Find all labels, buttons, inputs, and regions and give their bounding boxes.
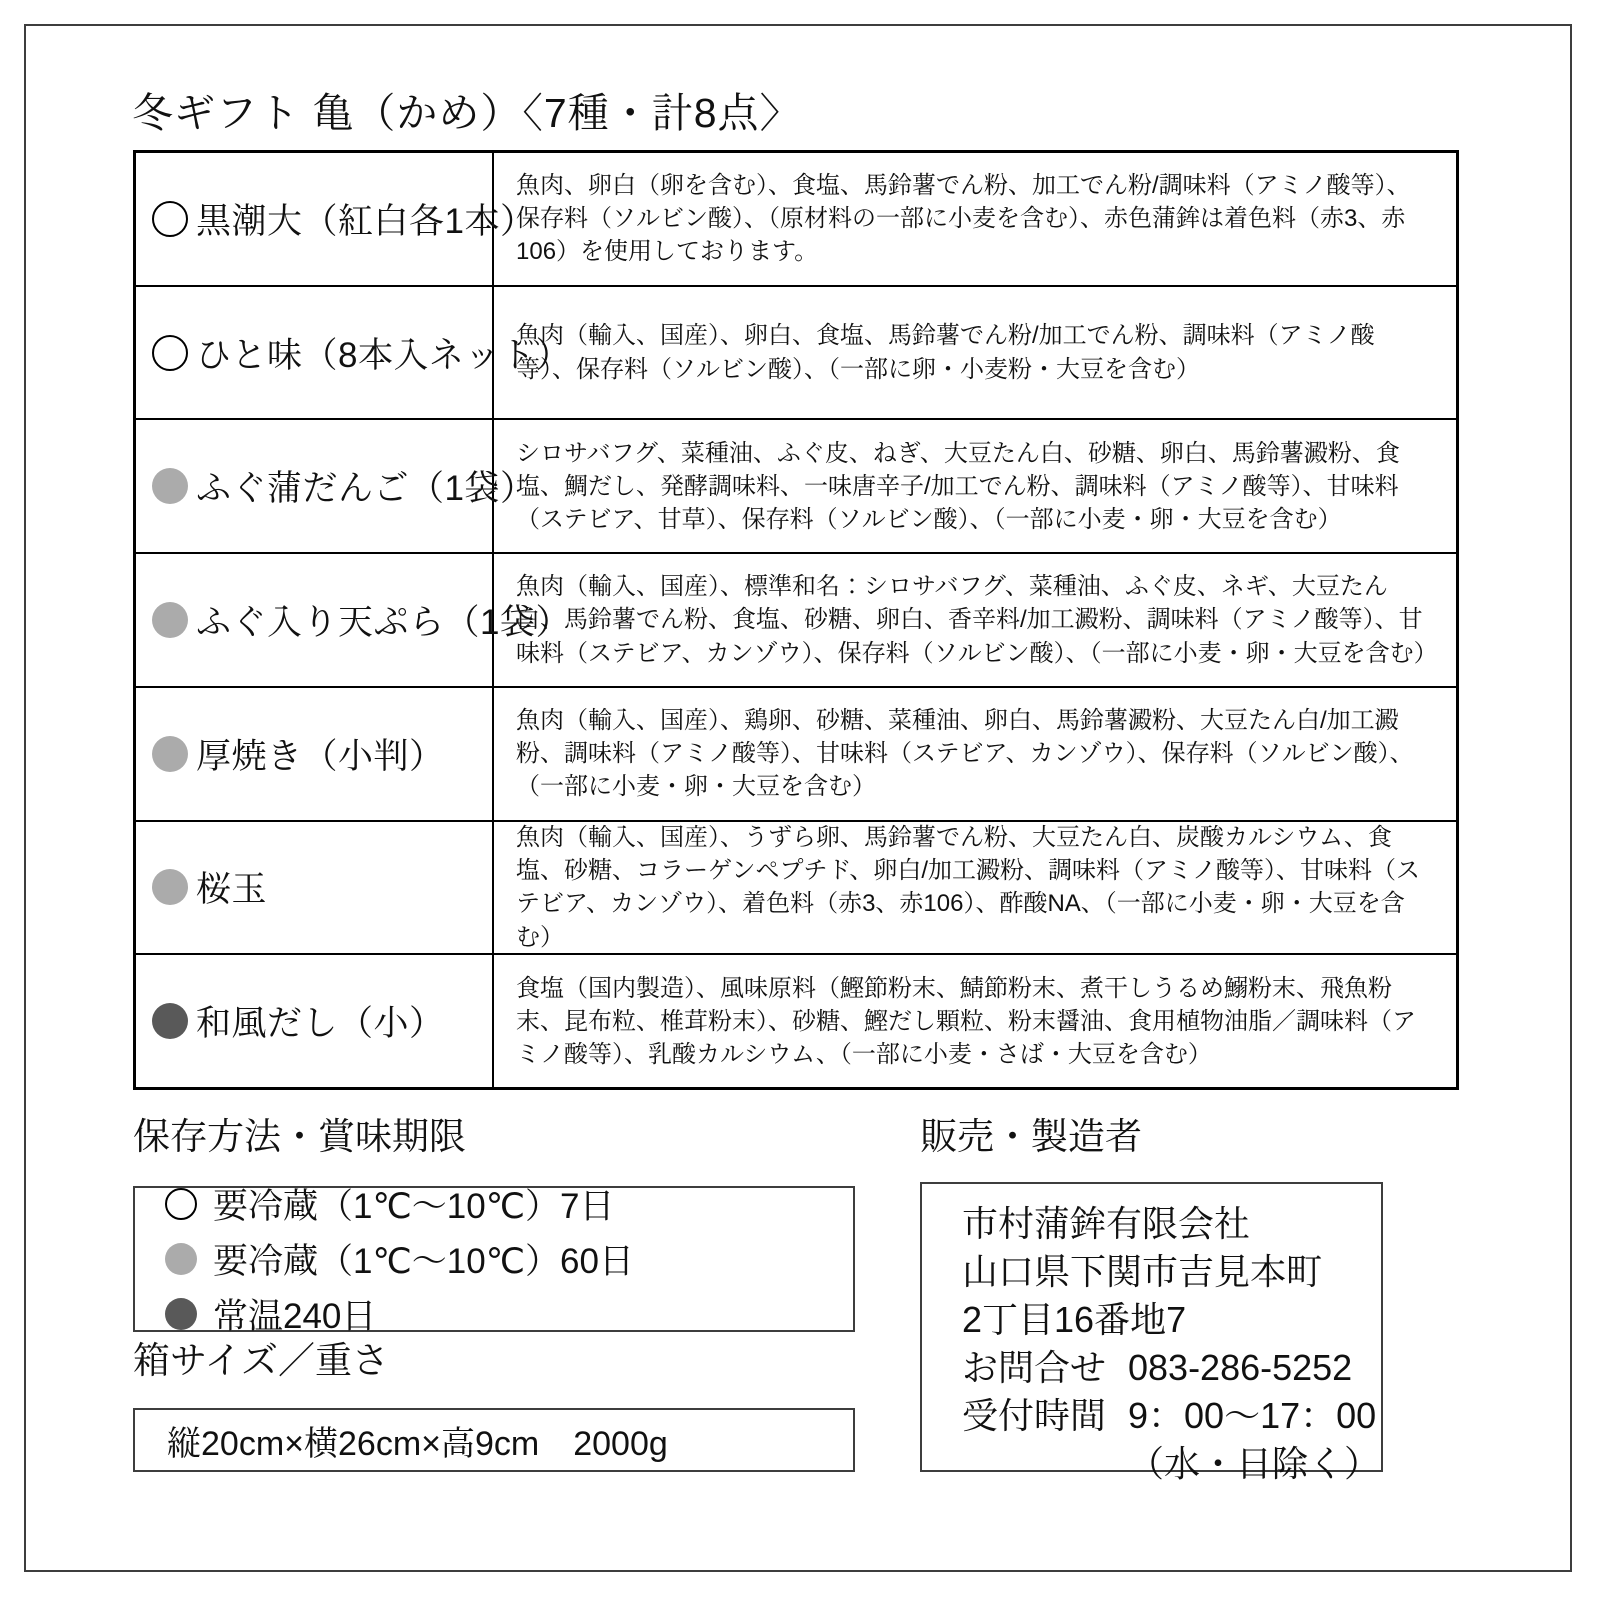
product-ingredients-cell: 食塩（国内製造）、風味原料（鰹節粉末、鯖節粉末、煮干しうるめ鰯粉末、飛魚粉末、昆… xyxy=(494,955,1456,1087)
hours-label: 受付時間 xyxy=(962,1392,1128,1440)
ingredients-text: シロサバフグ、菜種油、ふぐ皮、ねぎ、大豆たん白、砂糖、卵白、馬鈴薯澱粉、食塩、鯛… xyxy=(516,437,1434,536)
product-spec-sheet: { "page": { "title": "冬ギフト 亀（かめ）〈7種・計8点〉… xyxy=(0,0,1600,1600)
product-ingredients-cell: 魚肉（輸入、国産）、うずら卵、馬鈴薯でん粉、大豆たん白、炭酸カルシウム、食塩、砂… xyxy=(494,822,1456,954)
ingredients-text: 魚肉（輸入、国産）、うずら卵、馬鈴薯でん粉、大豆たん白、炭酸カルシウム、食塩、砂… xyxy=(516,821,1434,953)
product-ingredients-cell: 魚肉（輸入、国産）、鶏卵、砂糖、菜種油、卵白、馬鈴薯澱粉、大豆たん白/加工澱粉、… xyxy=(494,688,1456,820)
seller-section-heading: 販売・製造者 xyxy=(920,1106,1142,1160)
product-name-label: ふぐ蒲だんご（1袋） xyxy=(196,461,535,511)
product-ingredients-cell: 魚肉（輸入、国産）、卵白、食塩、馬鈴薯でん粉/加工でん粉、調味料（アミノ酸等）、… xyxy=(494,287,1456,419)
table-row: 黒潮大（紅白各1本）魚肉、卵白（卵を含む）、食塩、馬鈴薯でん粉、加工でん粉/調味… xyxy=(136,153,1456,285)
box-size-box: 縦20cm×横26cm×高9cm 2000g xyxy=(133,1408,855,1472)
storage-legend-item: 要冷蔵（1℃～10℃）7日 xyxy=(165,1179,853,1229)
ingredients-text: 魚肉（輸入、国産）、標準和名：シロサバフグ、菜種油、ふぐ皮、ネギ、大豆たん白、馬… xyxy=(516,570,1434,669)
storage-legend-text: 要冷蔵（1℃～10℃）7日 xyxy=(213,1179,614,1229)
box-size-section-heading: 箱サイズ／重さ xyxy=(133,1330,389,1384)
table-row: 桜玉魚肉（輸入、国産）、うずら卵、馬鈴薯でん粉、大豆たん白、炭酸カルシウム、食塩… xyxy=(136,820,1456,954)
contact-phone: 083-286-5252 xyxy=(1128,1344,1352,1392)
product-name-cell: ふぐ蒲だんご（1袋） xyxy=(136,420,494,552)
table-row: ふぐ蒲だんご（1袋）シロサバフグ、菜種油、ふぐ皮、ねぎ、大豆たん白、砂糖、卵白、… xyxy=(136,418,1456,552)
table-row: 和風だし（小）食塩（国内製造）、風味原料（鰹節粉末、鯖節粉末、煮干しうるめ鰯粉末… xyxy=(136,953,1456,1087)
seller-info-box: 市村蒲鉾有限会社 山口県下関市吉見本町 2丁目16番地7 お問合せ 083-28… xyxy=(920,1182,1383,1472)
storage-type-dark-icon xyxy=(165,1298,197,1330)
product-ingredients-cell: 魚肉、卵白（卵を含む）、食塩、馬鈴薯でん粉、加工でん粉/調味料（アミノ酸等）、保… xyxy=(494,153,1456,285)
ingredients-text: 魚肉（輸入、国産）、卵白、食塩、馬鈴薯でん粉/加工でん粉、調味料（アミノ酸等）、… xyxy=(516,319,1434,385)
table-row: ふぐ入り天ぷら（1袋）魚肉（輸入、国産）、標準和名：シロサバフグ、菜種油、ふぐ皮… xyxy=(136,552,1456,686)
product-name-label: 厚焼き（小判） xyxy=(196,729,445,779)
product-name-cell: ふぐ入り天ぷら（1袋） xyxy=(136,554,494,686)
box-size-value: 縦20cm×横26cm×高9cm 2000g xyxy=(167,1416,668,1465)
product-name-cell: 桜玉 xyxy=(136,822,494,954)
storage-type-light-icon xyxy=(152,602,188,638)
product-name-cell: 厚焼き（小判） xyxy=(136,688,494,820)
hours-note: （水・日除く） xyxy=(1128,1440,1381,1488)
product-ingredients-cell: 魚肉（輸入、国産）、標準和名：シロサバフグ、菜種油、ふぐ皮、ネギ、大豆たん白、馬… xyxy=(494,554,1456,686)
storage-legend-box: 要冷蔵（1℃～10℃）7日要冷蔵（1℃～10℃）60日常温240日 xyxy=(133,1186,855,1332)
seller-hours-row: 受付時間 9：00～17：00 xyxy=(962,1392,1381,1440)
seller-address-line1: 山口県下関市吉見本町 xyxy=(962,1248,1381,1296)
storage-type-dark-icon xyxy=(152,1003,188,1039)
ingredients-text: 食塩（国内製造）、風味原料（鰹節粉末、鯖節粉末、煮干しうるめ鰯粉末、飛魚粉末、昆… xyxy=(516,972,1434,1071)
table-row: 厚焼き（小判）魚肉（輸入、国産）、鶏卵、砂糖、菜種油、卵白、馬鈴薯澱粉、大豆たん… xyxy=(136,686,1456,820)
seller-address-line2: 2丁目16番地7 xyxy=(962,1296,1381,1344)
storage-type-white-icon xyxy=(152,201,188,237)
product-table: 黒潮大（紅白各1本）魚肉、卵白（卵を含む）、食塩、馬鈴薯でん粉、加工でん粉/調味… xyxy=(133,150,1459,1090)
product-name-label: 和風だし（小） xyxy=(196,996,445,1046)
contact-label: お問合せ xyxy=(962,1344,1128,1392)
product-ingredients-cell: シロサバフグ、菜種油、ふぐ皮、ねぎ、大豆たん白、砂糖、卵白、馬鈴薯澱粉、食塩、鯛… xyxy=(494,420,1456,552)
seller-company: 市村蒲鉾有限会社 xyxy=(962,1200,1381,1248)
product-name-label: 桜玉 xyxy=(196,862,267,912)
storage-type-light-icon xyxy=(165,1243,197,1275)
storage-type-white-icon xyxy=(152,335,188,371)
storage-type-light-icon xyxy=(152,736,188,772)
product-name-cell: 和風だし（小） xyxy=(136,955,494,1087)
hours-value: 9：00～17：00 xyxy=(1128,1392,1376,1440)
storage-section-heading: 保存方法・賞味期限 xyxy=(133,1106,466,1160)
product-name-label: 黒潮大（紅白各1本） xyxy=(196,194,535,244)
storage-type-light-icon xyxy=(152,468,188,504)
storage-legend-text: 要冷蔵（1℃～10℃）60日 xyxy=(213,1234,634,1284)
page-title: 冬ギフト 亀（かめ）〈7種・計8点〉 xyxy=(132,80,802,139)
storage-legend-item: 要冷蔵（1℃～10℃）60日 xyxy=(165,1234,853,1284)
product-name-cell: ひと味（8本入ネット） xyxy=(136,287,494,419)
seller-contact-row: お問合せ 083-286-5252 xyxy=(962,1344,1381,1392)
ingredients-text: 魚肉（輸入、国産）、鶏卵、砂糖、菜種油、卵白、馬鈴薯澱粉、大豆たん白/加工澱粉、… xyxy=(516,704,1434,803)
ingredients-text: 魚肉、卵白（卵を含む）、食塩、馬鈴薯でん粉、加工でん粉/調味料（アミノ酸等）、保… xyxy=(516,169,1434,268)
table-row: ひと味（8本入ネット）魚肉（輸入、国産）、卵白、食塩、馬鈴薯でん粉/加工でん粉、… xyxy=(136,285,1456,419)
storage-type-white-icon xyxy=(165,1188,197,1220)
product-name-cell: 黒潮大（紅白各1本） xyxy=(136,153,494,285)
storage-type-light-icon xyxy=(152,869,188,905)
